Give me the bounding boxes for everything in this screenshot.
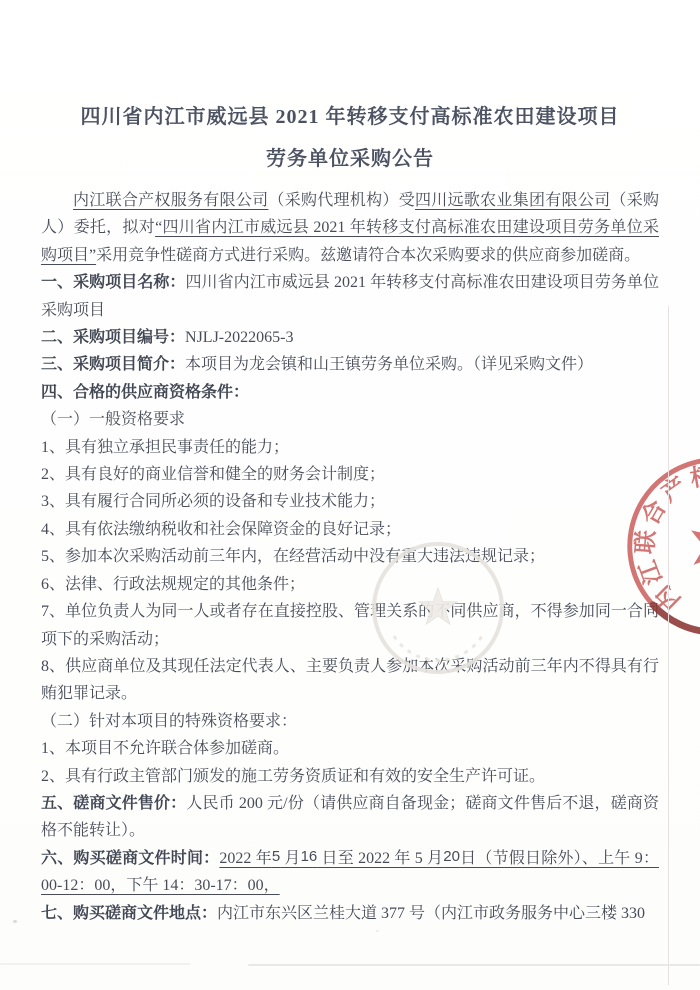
document-body: 内江联合产权服务有限公司（采购代理机构）受四川远歌农业集团有限公司（采购人）委托… — [0, 187, 700, 927]
general-item-8: 8、供应商单位及其现任法定代表人、主要负责人参加本次采购活动前三年内不得具有行贿… — [41, 653, 659, 708]
section-4-label: 四、合格的供应商资格条件： — [41, 384, 249, 401]
intro-paragraph: 内江联合产权服务有限公司（采购代理机构）受四川远歌农业集团有限公司（采购人）委托… — [41, 187, 659, 269]
scan-speck — [376, 930, 379, 932]
section-6-label: 六、购买磋商文件时间： — [41, 850, 219, 867]
section-3-label: 三、采购项目简介： — [41, 356, 185, 373]
bottom-shadow-left — [0, 963, 190, 965]
section-2-label: 二、采购项目编号： — [41, 329, 185, 346]
filled-day-1: 16 — [301, 848, 318, 865]
filled-month-1: 5 — [272, 848, 280, 865]
project-number: NJLJ-2022065-3 — [185, 329, 293, 346]
document-title-line-1: 四川省内江市威远县 2021 年转移支付高标准农田建设项目 — [42, 96, 658, 138]
filled-day-2: 20 — [443, 848, 460, 865]
special-requirements-header: （二）针对本项目的特殊资格要求： — [41, 708, 659, 735]
general-item-4: 4、具有依法缴纳税收和社会保障资金的良好记录； — [41, 516, 659, 543]
intro-text-3: 采用竞争性磋商方式进行采购。兹邀请符合本次采购要求的供应商参加磋商。 — [96, 247, 640, 264]
special-item-2: 2、具有行政主管部门颁发的施工劳务资质证和有效的安全生产许可证。 — [41, 763, 659, 790]
section-2: 二、采购项目编号：NJLJ-2022065-3 — [41, 324, 659, 351]
section-4: 四、合格的供应商资格条件： — [41, 379, 659, 406]
special-item-1: 1、本项目不允许联合体参加磋商。 — [41, 735, 659, 762]
general-item-6: 6、法律、行政法规规定的其他条件； — [41, 571, 659, 598]
section-1-label: 一、采购项目名称： — [41, 274, 185, 291]
time-text-2: 月 — [280, 850, 300, 867]
section-5: 五、磋商文件售价：人民币 200 元/份（请供应商自备现金；磋商文件售后不退，磋… — [41, 790, 659, 845]
bottom-shadow-right — [248, 964, 700, 966]
document-title: 四川省内江市威远县 2021 年转移支付高标准农田建设项目 劳务单位采购公告 — [42, 96, 658, 180]
general-item-2: 2、具有良好的商业信誉和健全的财务会计制度； — [41, 461, 659, 488]
section-3: 三、采购项目简介：本项目为龙会镇和山王镇劳务单位采购。（详见采购文件） — [41, 351, 659, 378]
agency-name: 内江联合产权服务有限公司 — [73, 192, 268, 209]
general-item-1: 1、具有独立承担民事责任的能力； — [41, 434, 659, 461]
general-item-3: 3、具有履行合同所必须的设备和专业技术能力； — [41, 488, 659, 515]
document-title-line-2: 劳务单位采购公告 — [42, 138, 658, 180]
section-1: 一、采购项目名称：四川省内江市威远县 2021 年转移支付高标准农田建设项目劳务… — [41, 269, 659, 324]
general-item-7: 7、单位负责人为同一人或者存在直接控股、管理关系的不同供应商，不得参加同一合同项… — [41, 598, 659, 653]
time-text-3: 日至 2022 年 5 月 — [317, 850, 443, 867]
section-7: 七、购买磋商文件地点：内江市东兴区兰桂大道 377 号（内江市政务服务中心三楼 … — [41, 900, 659, 927]
general-item-5: 5、参加本次采购活动前三年内，在经营活动中没有重大违法违规记录； — [41, 543, 659, 570]
intro-text-1: （采购代理机构）受 — [268, 192, 415, 209]
section-6: 六、购买磋商文件时间：2022 年5 月16 日至 2022 年 5 月20日（… — [41, 845, 659, 900]
section-5-label: 五、磋商文件售价： — [41, 795, 186, 812]
page-edge-line — [668, 306, 669, 985]
buyer-name: 四川远歌农业集团有限公司 — [415, 192, 610, 209]
section-3-text: 本项目为龙会镇和山王镇劳务单位采购。（详见采购文件） — [185, 356, 593, 373]
section-7-text: 内江市东兴区兰桂大道 377 号（内江市政务服务中心三楼 330 — [217, 905, 645, 922]
general-requirements-header: （一）一般资格要求 — [41, 406, 659, 433]
scanned-document-page: 四川省内江市威远县 2021 年转移支付高标准农田建设项目 劳务单位采购公告 内… — [0, 0, 700, 990]
section-7-label: 七、购买磋商文件地点： — [41, 905, 217, 922]
scan-speck — [13, 920, 17, 923]
time-text-1: 2022 年 — [219, 850, 271, 867]
